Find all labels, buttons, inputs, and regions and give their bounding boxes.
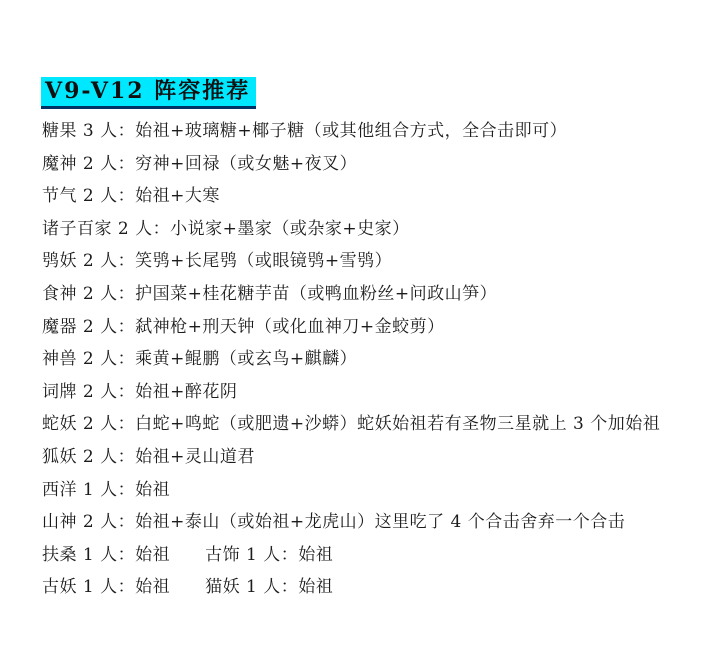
document-body: 糖果 3 人：始祖+玻璃糖+椰子糖（或其他组合方式，全合击即可） 魔神 2 人：… xyxy=(42,115,710,604)
lineup-line-demon-god: 魔神 2 人：穷神+回禄（或女魅+夜叉） xyxy=(42,148,710,181)
lineup-line-western: 西洋 1 人：始祖 xyxy=(42,474,710,507)
lineup-line-owl-spirit: 鸮妖 2 人：笑鸮+长尾鸮（或眼镜鸮+雪鸮） xyxy=(42,245,710,278)
lineup-line-divine-beast: 神兽 2 人：乘黄+鲲鹏（或玄鸟+麒麟） xyxy=(42,343,710,376)
lineup-line-demon-weapon: 魔器 2 人：弑神枪+刑天钟（或化血神刀+金蛟剪） xyxy=(42,311,710,344)
lineup-line-schools: 诸子百家 2 人：小说家+墨家（或杂家+史家） xyxy=(42,213,710,246)
lineup-line-fusang-ornament: 扶桑 1 人：始祖 古饰 1 人：始祖 xyxy=(42,539,710,572)
lineup-line-mountain-god: 山神 2 人：始祖+泰山（或始祖+龙虎山）这里吃了 4 个合击舍弃一个合击 xyxy=(42,506,710,539)
lineup-line-solar-term: 节气 2 人：始祖+大寒 xyxy=(42,180,710,213)
lineup-line-snake-spirit: 蛇妖 2 人：白蛇+鸣蛇（或肥遗+沙蟒）蛇妖始祖若有圣物三星就上 3 个加始祖 xyxy=(42,408,710,441)
title-highlight: V9-V12 阵容推荐 xyxy=(41,77,256,109)
lineup-line-candy: 糖果 3 人：始祖+玻璃糖+椰子糖（或其他组合方式，全合击即可） xyxy=(42,115,710,148)
lineup-line-ancient-cat: 古妖 1 人：始祖 猫妖 1 人：始祖 xyxy=(42,571,710,604)
page-title: V9-V12 阵容推荐 xyxy=(41,77,256,109)
document-page: V9-V12 阵容推荐 糖果 3 人：始祖+玻璃糖+椰子糖（或其他组合方式，全合… xyxy=(0,0,720,671)
lineup-line-food-god: 食神 2 人：护国菜+桂花糖芋苗（或鸭血粉丝+问政山笋） xyxy=(42,278,710,311)
lineup-line-fox-spirit: 狐妖 2 人：始祖+灵山道君 xyxy=(42,441,710,474)
lineup-line-ci-card: 词牌 2 人：始祖+醉花阴 xyxy=(42,376,710,409)
